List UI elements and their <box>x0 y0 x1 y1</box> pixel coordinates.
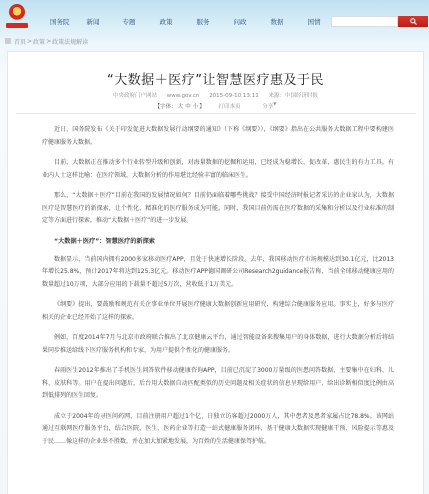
font-size-label: 【字体： <box>155 104 177 110</box>
font-size-control: 【字体：大中小】 <box>155 104 207 110</box>
print-button[interactable]: 打印本页 <box>218 104 240 110</box>
meta-datetime: 2015-09-10 13:11 <box>209 93 259 99</box>
divider <box>16 113 416 114</box>
breadcrumb-separator: > <box>27 38 32 45</box>
font-size-large[interactable]: 大 <box>178 104 184 110</box>
article-paragraph: 成立于2004年的寻医问药网，目前注册用户超过1个亿，日独立访客超过2000万人… <box>42 411 394 449</box>
logo-wordmark <box>6 23 28 28</box>
article-paragraph: 近日，国务院发布《关于印发促进大数据发展行动纲要的通知》（下称《纲要》），《纲要… <box>42 124 394 149</box>
article-paragraph: 春雨医生2012年推出了手机医生问答软件移动健康咨询APP，目前已沉淀了3000… <box>42 365 394 403</box>
article-body: 近日，国务院发布《关于印发促进大数据发展行动纲要的通知》（下称《纲要》），《纲要… <box>42 124 394 456</box>
search-input[interactable] <box>331 16 398 27</box>
main-nav: 国务院 新闻 专题 政策 服务 问政 数据 国情 <box>50 16 321 28</box>
article-meta: 中央政府门户网站 www.gov.cn 2015-09-10 13:11 来源：… <box>8 91 423 99</box>
article-paragraph: 《纲要》提出，要鼓励和规范有关企事业单位开展医疗健康大数据创新应用研究，构建综合… <box>42 299 394 324</box>
national-emblem-icon <box>9 4 25 20</box>
search-icon <box>410 18 417 25</box>
meta-source: 来源：中国经济时报 <box>269 93 319 99</box>
article-container: “大数据＋医疗”让智慧医疗惠及于民 中央政府门户网站 www.gov.cn 20… <box>7 51 424 494</box>
nav-item-policy[interactable]: 政策 <box>160 16 173 28</box>
share-label: 分享 <box>262 104 273 110</box>
breadcrumb-separator: > <box>46 38 51 45</box>
nav-item-inquiry[interactable]: 问政 <box>234 16 247 28</box>
nav-item-data[interactable]: 数据 <box>271 16 284 28</box>
font-size-medium[interactable]: 中 <box>185 104 191 110</box>
article-toolbar: 【字体：大中小】 打印本页 分享▼ <box>8 101 423 110</box>
home-icon <box>5 38 11 44</box>
article-paragraph: 目前，大数据正在推动多个行业转型升级和创新，对海量数据的挖掘和运用，已经成为稳增… <box>42 157 394 182</box>
article-paragraph: 例如，百度2014年7月与北京市政府联合推出了北京健康云平台，通过智能设备来搜集… <box>42 332 394 357</box>
breadcrumb-current[interactable]: 政策法规解读 <box>52 37 88 46</box>
meta-url: www.gov.cn <box>167 93 200 99</box>
search-button[interactable] <box>398 16 428 27</box>
meta-site: 中央政府门户网站 <box>113 93 157 99</box>
font-size-small[interactable]: 小 <box>193 104 199 110</box>
article-paragraph: 数据显示，当前国内拥有2000多家移动医疗APP，且处于快速增长阶段。去年，我国… <box>42 254 394 292</box>
nav-item-topics[interactable]: 专题 <box>123 16 136 28</box>
gov-logo[interactable] <box>6 4 28 30</box>
breadcrumb-home[interactable]: 首页 <box>14 37 26 46</box>
breadcrumb-policy[interactable]: 政策 <box>33 37 45 46</box>
nav-item-news[interactable]: 新闻 <box>87 16 100 28</box>
site-header: 国务院 新闻 专题 政策 服务 问政 数据 国情 <box>0 0 429 36</box>
breadcrumb: 首页 > 政策 > 政策法规解读 <box>5 36 88 46</box>
nav-item-national-info[interactable]: 国情 <box>308 16 321 28</box>
article-subheading: “大数据＋医疗”：智慧医疗的新探索 <box>42 236 394 248</box>
font-size-label-close: 】 <box>199 104 205 110</box>
nav-item-services[interactable]: 服务 <box>197 16 210 28</box>
article-title: “大数据＋医疗”让智慧医疗惠及于民 <box>8 69 423 88</box>
share-dropdown-icon: ▼ <box>273 101 276 106</box>
share-button[interactable]: 分享▼ <box>262 104 276 110</box>
article-paragraph: 那么，“大数据＋医疗”目前在我国的发展情况如何？目前仍面临着哪些挑战？接受中国经… <box>42 190 394 228</box>
nav-item-guowuyuan[interactable]: 国务院 <box>50 16 70 28</box>
